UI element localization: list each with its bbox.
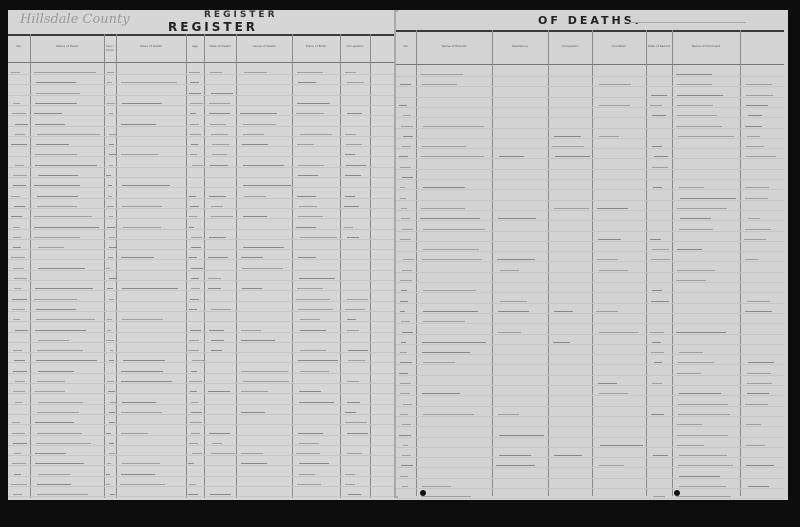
handwritten-entry — [35, 460, 84, 464]
handwritten-entry — [13, 234, 21, 238]
handwritten-entry — [38, 244, 64, 248]
handwritten-entry — [109, 275, 117, 279]
handwritten-entry — [652, 287, 661, 291]
handwritten-entry — [191, 399, 199, 403]
handwritten-entry — [599, 390, 628, 394]
handwritten-entry — [423, 359, 455, 363]
handwritten-entry — [15, 399, 22, 403]
handwritten-entry — [403, 442, 408, 446]
handwritten-entry — [211, 213, 233, 217]
header-rule — [8, 34, 396, 36]
row-rule — [396, 210, 784, 211]
header-bottom-rule — [8, 62, 396, 63]
handwritten-entry — [300, 234, 337, 238]
handwritten-entry — [244, 69, 267, 73]
handwritten-entry — [746, 153, 775, 157]
handwritten-entry — [677, 102, 713, 106]
row-rule — [396, 478, 784, 479]
handwritten-entry — [652, 380, 661, 384]
handwritten-entry — [106, 471, 110, 475]
col-header-occupation: Occupation — [548, 44, 592, 48]
handwritten-entry — [402, 143, 411, 147]
handwritten-entry — [34, 234, 80, 238]
row-rule — [396, 364, 784, 365]
handwritten-entry — [106, 430, 110, 434]
handwritten-entry — [423, 308, 477, 312]
handwritten-entry — [13, 100, 20, 104]
handwritten-entry — [11, 69, 20, 73]
handwritten-entry — [38, 368, 74, 372]
handwritten-entry — [422, 143, 466, 147]
handwritten-entry — [298, 213, 322, 217]
handwritten-entry — [240, 110, 277, 114]
handwritten-entry — [401, 318, 410, 322]
row-rule — [8, 218, 396, 219]
handwritten-entry — [748, 112, 762, 116]
header-bottom-rule — [396, 64, 784, 65]
handwritten-entry — [344, 224, 353, 228]
col-header-cause: Cause of Death — [236, 44, 292, 48]
handwritten-entry — [35, 327, 86, 331]
handwritten-entry — [400, 473, 408, 477]
handwritten-entry — [241, 409, 265, 413]
left-page: Hillsdale County REGISTER REGISTER No. N… — [8, 10, 396, 498]
handwritten-entry — [211, 203, 224, 207]
handwritten-entry — [651, 298, 669, 302]
handwritten-entry — [346, 141, 362, 145]
handwritten-entry — [748, 359, 774, 363]
handwritten-entry — [345, 172, 361, 176]
handwritten-entry — [598, 380, 616, 384]
handwritten-entry — [15, 162, 24, 166]
handwritten-entry — [652, 246, 669, 250]
handwritten-entry — [423, 287, 476, 291]
handwritten-entry — [211, 90, 233, 94]
handwritten-entry — [241, 254, 263, 258]
handwritten-entry — [347, 79, 364, 83]
handwritten-entry — [400, 164, 412, 168]
handwritten-entry — [679, 390, 721, 394]
handwritten-entry — [345, 481, 355, 485]
handwritten-entry — [36, 90, 80, 94]
row-rule — [396, 200, 784, 201]
handwritten-entry — [676, 71, 712, 75]
handwritten-entry — [498, 329, 521, 333]
handwritten-entry — [299, 460, 330, 464]
col-divider — [104, 34, 105, 498]
handwritten-entry — [654, 359, 662, 363]
handwritten-entry — [122, 100, 162, 104]
handwritten-entry — [500, 298, 527, 302]
handwritten-entry — [121, 151, 157, 155]
handwritten-entry — [36, 306, 76, 310]
handwritten-entry — [14, 275, 27, 279]
handwritten-entry — [13, 182, 26, 186]
handwritten-entry — [36, 357, 97, 361]
handwritten-entry — [677, 370, 701, 374]
handwritten-entry — [399, 432, 410, 436]
handwritten-entry — [122, 285, 178, 289]
handwritten-entry — [498, 411, 519, 415]
row-rule — [8, 115, 396, 116]
handwritten-entry — [597, 205, 629, 209]
handwritten-entry — [423, 246, 479, 250]
row-rule — [396, 241, 784, 242]
handwritten-entry — [109, 440, 114, 444]
handwritten-entry — [109, 244, 117, 248]
handwritten-entry — [13, 440, 27, 444]
handwritten-entry — [678, 411, 730, 415]
handwritten-entry — [679, 483, 726, 487]
handwritten-entry — [553, 339, 571, 343]
handwritten-entry — [677, 81, 712, 85]
handwritten-entry — [746, 92, 773, 96]
row-rule — [8, 136, 396, 137]
handwritten-entry — [109, 357, 114, 361]
handwritten-entry — [653, 184, 662, 188]
handwritten-entry — [300, 316, 320, 320]
handwritten-entry — [400, 298, 408, 302]
row-rule — [8, 496, 396, 497]
register-heading: REGISTER — [168, 20, 258, 34]
handwritten-entry — [190, 327, 201, 331]
handwritten-entry — [189, 69, 200, 73]
handwritten-entry — [347, 327, 359, 331]
handwritten-entry — [191, 275, 199, 279]
handwritten-entry — [108, 254, 113, 258]
handwritten-entry — [208, 275, 221, 279]
handwritten-entry — [403, 256, 414, 260]
row-rule — [8, 187, 396, 188]
row-rule — [8, 167, 396, 168]
col-divider — [204, 34, 205, 498]
handwritten-entry — [745, 308, 771, 312]
row-rule — [396, 447, 784, 448]
handwritten-entry — [34, 110, 61, 114]
handwritten-entry — [212, 141, 230, 145]
handwritten-entry — [650, 102, 661, 106]
handwritten-entry — [652, 339, 661, 343]
row-rule — [396, 457, 784, 458]
handwritten-entry — [13, 368, 27, 372]
handwritten-entry — [652, 164, 667, 168]
handwritten-entry — [347, 110, 362, 114]
handwritten-entry — [345, 193, 355, 197]
handwritten-entry — [13, 265, 24, 269]
handwritten-entry — [15, 121, 28, 125]
handwritten-entry — [209, 100, 230, 104]
handwritten-entry — [347, 234, 360, 238]
register-subheading: REGISTER — [204, 10, 278, 20]
handwritten-entry — [211, 306, 231, 310]
handwritten-entry — [599, 81, 631, 85]
handwritten-entry — [345, 419, 367, 423]
handwritten-entry — [121, 121, 156, 125]
handwritten-entry — [596, 308, 617, 312]
handwritten-entry — [745, 256, 759, 260]
handwritten-entry — [122, 182, 170, 186]
handwritten-entry — [190, 419, 202, 423]
row-rule — [8, 156, 396, 157]
handwritten-entry — [345, 69, 356, 73]
handwritten-entry — [11, 141, 27, 145]
handwritten-entry — [401, 205, 406, 209]
col-header-sex: Sex / Color — [104, 44, 116, 52]
handwritten-entry — [13, 388, 25, 392]
handwritten-entry — [13, 244, 22, 248]
handwritten-entry — [554, 308, 573, 312]
handwritten-entry — [653, 452, 669, 456]
handwritten-entry — [400, 359, 412, 363]
row-rule — [8, 321, 396, 322]
handwritten-entry — [190, 388, 197, 392]
handwritten-entry — [748, 483, 769, 487]
handwritten-entry — [298, 162, 323, 166]
col-divider — [292, 34, 293, 498]
row-rule — [8, 208, 396, 209]
handwritten-entry — [347, 378, 359, 382]
handwritten-entry — [422, 81, 457, 85]
handwritten-entry — [106, 265, 110, 269]
handwritten-entry — [15, 378, 26, 382]
handwritten-entry — [37, 378, 65, 382]
scan-edge-top — [0, 0, 800, 10]
row-rule — [396, 169, 784, 170]
handwritten-entry — [11, 213, 22, 217]
row-rule — [396, 251, 784, 252]
handwritten-entry — [191, 265, 203, 269]
handwritten-entry — [745, 401, 767, 405]
col-header-occupation: Occupation — [340, 44, 370, 48]
handwritten-entry — [400, 184, 405, 188]
handwritten-entry — [36, 440, 91, 444]
handwritten-entry — [746, 442, 764, 446]
handwritten-entry — [107, 224, 115, 228]
handwritten-entry — [748, 215, 761, 219]
handwritten-entry — [402, 452, 411, 456]
handwritten-entry — [191, 409, 202, 413]
handwritten-entry — [297, 100, 330, 104]
handwritten-entry — [189, 481, 196, 485]
handwritten-entry — [106, 481, 109, 485]
handwritten-entry — [296, 224, 316, 228]
row-rule — [396, 354, 784, 355]
handwritten-entry — [121, 471, 155, 475]
handwritten-entry — [190, 79, 199, 83]
handwritten-entry — [38, 399, 83, 403]
row-rule — [8, 239, 396, 240]
row-rule — [396, 158, 784, 159]
handwritten-entry — [192, 162, 203, 166]
handwritten-entry — [677, 205, 727, 209]
handwritten-entry — [554, 452, 582, 456]
handwritten-entry — [420, 215, 480, 219]
county-handwriting: Hillsdale County — [20, 12, 130, 27]
handwritten-entry — [402, 421, 411, 425]
handwritten-entry — [423, 123, 484, 127]
handwritten-entry — [123, 357, 164, 361]
handwritten-entry — [191, 285, 200, 289]
handwritten-entry — [679, 452, 727, 456]
handwritten-entry — [677, 112, 717, 116]
handwritten-entry — [191, 368, 197, 372]
handwritten-entry — [37, 409, 79, 413]
handwritten-entry — [209, 430, 230, 434]
handwritten-entry — [35, 100, 77, 104]
handwritten-entry — [299, 203, 317, 207]
handwritten-entry — [345, 471, 355, 475]
row-rule — [8, 465, 396, 466]
col-header-no: No. — [396, 44, 416, 48]
handwritten-entry — [212, 440, 223, 444]
handwritten-entry — [208, 285, 220, 289]
handwritten-entry — [555, 153, 590, 157]
handwritten-entry — [300, 368, 329, 372]
handwritten-entry — [745, 184, 769, 188]
row-rule — [8, 311, 396, 312]
row-rule — [396, 76, 784, 77]
handwritten-entry — [747, 380, 772, 384]
handwritten-entry — [35, 450, 66, 454]
handwritten-entry — [14, 203, 25, 207]
ink-blot — [420, 490, 426, 496]
row-rule — [8, 435, 396, 436]
handwritten-entry — [107, 316, 112, 320]
row-rule — [396, 148, 784, 149]
row-rule — [396, 128, 784, 129]
col-divider — [370, 34, 371, 498]
handwritten-entry — [35, 419, 74, 423]
handwritten-entry — [35, 121, 64, 125]
row-rule — [396, 272, 784, 273]
handwritten-entry — [401, 462, 413, 466]
handwritten-entry — [402, 226, 414, 230]
handwritten-entry — [38, 265, 85, 269]
row-rule — [8, 362, 396, 363]
handwritten-entry — [209, 327, 224, 331]
handwritten-entry — [403, 112, 411, 116]
handwritten-entry — [37, 193, 78, 197]
handwritten-entry — [744, 236, 766, 240]
handwritten-entry — [122, 399, 155, 403]
handwritten-entry — [422, 256, 482, 260]
handwritten-entry — [209, 234, 226, 238]
handwritten-entry — [244, 193, 266, 197]
row-rule — [396, 220, 784, 221]
handwritten-entry — [677, 421, 702, 425]
row-rule — [396, 97, 784, 98]
handwritten-entry — [300, 327, 327, 331]
right-page: OF DEATHS. No. Name of Parents Residence… — [396, 12, 784, 496]
handwritten-entry — [298, 172, 318, 176]
handwritten-entry — [678, 462, 732, 466]
handwritten-entry — [189, 213, 197, 217]
row-rule — [396, 323, 784, 324]
row-rule — [8, 105, 396, 106]
handwritten-entry — [106, 337, 113, 341]
handwritten-entry — [400, 411, 408, 415]
row-rule — [396, 138, 784, 139]
handwritten-entry — [345, 409, 356, 413]
handwritten-entry — [189, 224, 195, 228]
handwritten-entry — [12, 296, 28, 300]
handwritten-entry — [422, 390, 460, 394]
handwritten-entry — [243, 378, 289, 382]
handwritten-entry — [296, 296, 330, 300]
handwritten-entry — [35, 285, 94, 289]
handwritten-entry — [190, 100, 203, 104]
handwritten-entry — [107, 69, 114, 73]
row-rule — [8, 445, 396, 446]
handwritten-entry — [401, 123, 413, 127]
handwritten-entry — [498, 215, 536, 219]
handwritten-entry — [677, 92, 723, 96]
handwritten-entry — [679, 226, 712, 230]
handwritten-entry — [401, 215, 410, 219]
handwritten-entry — [36, 316, 95, 320]
handwritten-entry — [35, 162, 98, 166]
handwritten-entry — [423, 318, 465, 322]
row-rule — [8, 259, 396, 260]
handwritten-entry — [243, 244, 284, 248]
handwritten-entry — [192, 357, 205, 361]
handwritten-entry — [499, 452, 531, 456]
handwritten-entry — [676, 329, 726, 333]
handwritten-entry — [599, 462, 624, 466]
handwritten-entry — [12, 430, 25, 434]
handwritten-entry — [298, 306, 333, 310]
col-header-place: Place of Death — [116, 44, 186, 48]
row-rule — [396, 416, 784, 417]
handwritten-entry — [243, 162, 284, 166]
handwritten-entry — [123, 224, 161, 228]
handwritten-entry — [678, 401, 728, 405]
handwritten-entry — [190, 296, 199, 300]
handwritten-entry — [12, 306, 26, 310]
row-rule — [8, 455, 396, 456]
handwritten-entry — [37, 131, 100, 135]
handwritten-entry — [11, 193, 20, 197]
handwritten-entry — [110, 347, 114, 351]
handwritten-entry — [400, 277, 412, 281]
handwritten-entry — [348, 357, 365, 361]
handwritten-entry — [120, 481, 165, 485]
row-rule — [8, 301, 396, 302]
handwritten-entry — [191, 244, 201, 248]
handwritten-entry — [747, 133, 761, 137]
handwritten-entry — [496, 462, 535, 466]
handwritten-entry — [746, 81, 773, 85]
handwritten-entry — [421, 153, 484, 157]
handwritten-entry — [347, 430, 368, 434]
handwritten-entry — [599, 329, 638, 333]
handwritten-entry — [109, 296, 114, 300]
handwritten-entry — [652, 112, 666, 116]
row-rule — [8, 476, 396, 477]
handwritten-entry — [241, 327, 261, 331]
handwritten-entry — [677, 267, 715, 271]
col-header-residence: Residence — [492, 44, 548, 48]
handwritten-entry — [37, 430, 82, 434]
handwritten-entry — [109, 151, 116, 155]
handwritten-entry — [299, 388, 322, 392]
col-divider — [30, 34, 31, 498]
handwritten-entry — [403, 401, 413, 405]
handwritten-entry — [211, 450, 235, 454]
handwritten-entry — [13, 224, 20, 228]
row-rule — [396, 231, 784, 232]
handwritten-entry — [208, 388, 229, 392]
